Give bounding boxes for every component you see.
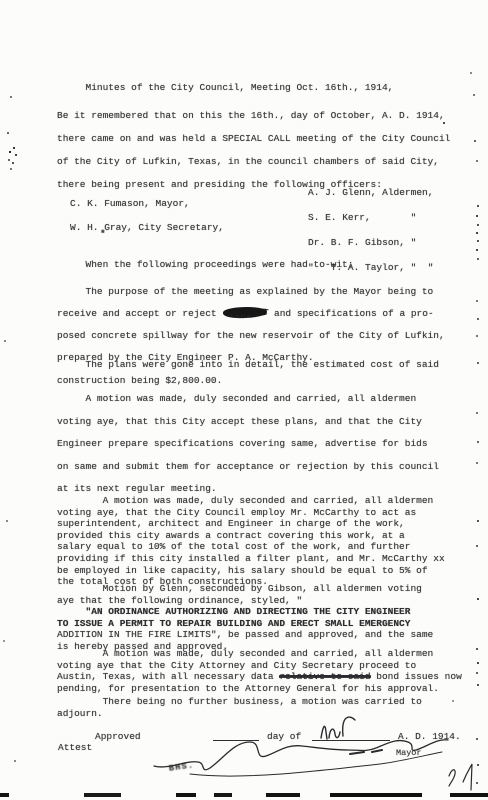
austin-line: voting aye that the City Attorney and Ci… (57, 660, 462, 672)
mccarthy-line: A motion was made, duly seconded and car… (57, 495, 445, 507)
mccarthy-line: provided this city awards a contract cov… (57, 530, 445, 542)
purpose-line-pre: receive and accept or reject (57, 308, 222, 319)
inked-out-word: plans (223, 306, 268, 319)
accept-line: A motion was made, duly seconded and car… (57, 388, 439, 411)
accept-line: voting aye, that this City accept these … (57, 411, 439, 434)
closing-line: There being no further business, a motio… (57, 696, 422, 708)
purpose-paragraph: The purpose of the meeting as explained … (57, 281, 445, 369)
intro-line: there came on and was held a SPECIAL CAL… (57, 127, 450, 150)
austin-line-post: bond issues now (371, 671, 462, 682)
purpose-line: posed concrete spillway for the new rese… (57, 325, 445, 347)
officer-name: C. K. Fumason, Mayor, (70, 192, 224, 216)
purpose-line-post: and specifications of a pro- (268, 308, 433, 319)
scan-noise-speckles (0, 0, 2, 2)
scan-edge-artifact (0, 793, 488, 797)
austin-line-pre: Austin, Texas, with all necessary data (57, 671, 279, 682)
cost-line: construction being $2,800.00. (57, 373, 439, 389)
approved-label: Approved (95, 731, 141, 742)
towit-line: When the following proceedings were had … (57, 259, 353, 270)
purpose-line: The purpose of the meeting as explained … (57, 281, 445, 303)
mccarthy-line: providing if this city installed a filte… (57, 553, 445, 565)
officer-name: W. H. Gray, City Secretary, (70, 216, 224, 240)
ordinance-title-line: "AN ORDINANCE AUTHORIZING AND DIRECTING … (57, 606, 433, 618)
mccarthy-line: salary equal to 10% of the total cost of… (57, 541, 445, 553)
intro-line: Be it remembered that on this the 16th.,… (57, 104, 450, 127)
officer-name: S. E. Kerr, " (308, 205, 433, 230)
attest-label: Attest (58, 742, 92, 753)
mayor-label: Mayor (396, 748, 422, 758)
handwritten-corner-mark (443, 760, 479, 796)
officer-name: Dr. B. F. Gibson, " (308, 230, 433, 255)
ordinance-line: ADDITION IN THE FIRE LIMITS", be passed … (57, 629, 433, 641)
mccarthy-line: superintendent, architect and Engineer i… (57, 518, 445, 530)
officer-name: A. J. Glenn, Aldermen, (308, 180, 433, 205)
austin-line: Austin, Texas, with all necessary data r… (57, 671, 462, 683)
mccarthy-motion-paragraph: A motion was made, duly seconded and car… (57, 495, 445, 588)
accept-line: Engineer prepare specifications covering… (57, 433, 439, 456)
accept-line: on same and submit them for acceptance o… (57, 456, 439, 479)
accept-motion-paragraph: A motion was made, duly seconded and car… (57, 388, 439, 501)
scanned-minutes-page: Minutes of the City Council, Meeting Oct… (0, 0, 488, 800)
austin-line: A motion was made, duly seconded and car… (57, 648, 462, 660)
officers-left-column: C. K. Fumason, Mayor, W. H. Gray, City S… (70, 192, 224, 240)
mccarthy-line: voting aye, that the City Council employ… (57, 507, 445, 519)
ink-mark: * (100, 228, 106, 239)
intro-line: of the City of Lufkin, Texas, in the cou… (57, 150, 450, 173)
document-title: Minutes of the City Council, Meeting Oct… (57, 82, 393, 93)
document-title-block: Minutes of the City Council, Meeting Oct… (57, 82, 393, 93)
ordinance-line: aye that the following ordinance, styled… (57, 595, 433, 607)
struck-out-text: relative to said (279, 671, 370, 682)
ordinance-line: Motion by Glenn, seconded by Gibson, all… (57, 583, 433, 595)
cost-paragraph: The plans were gone into in detail, the … (57, 357, 439, 389)
mccarthy-line: be employed in like capacity, his salary… (57, 565, 445, 577)
ordinance-title-line: TO ISSUE A PERMIT TO REPAIR BUILDING AND… (57, 618, 433, 630)
cost-line: The plans were gone into in detail, the … (57, 357, 439, 373)
ordinance-paragraph: Motion by Glenn, seconded by Gibson, all… (57, 583, 433, 653)
austin-line: pending, for presentation to the Attorne… (57, 683, 462, 695)
purpose-line: receive and accept or reject plans and s… (57, 303, 445, 325)
towit-block: When the following proceedings were had … (57, 259, 353, 270)
austin-motion-paragraph: A motion was made, duly seconded and car… (57, 648, 462, 694)
